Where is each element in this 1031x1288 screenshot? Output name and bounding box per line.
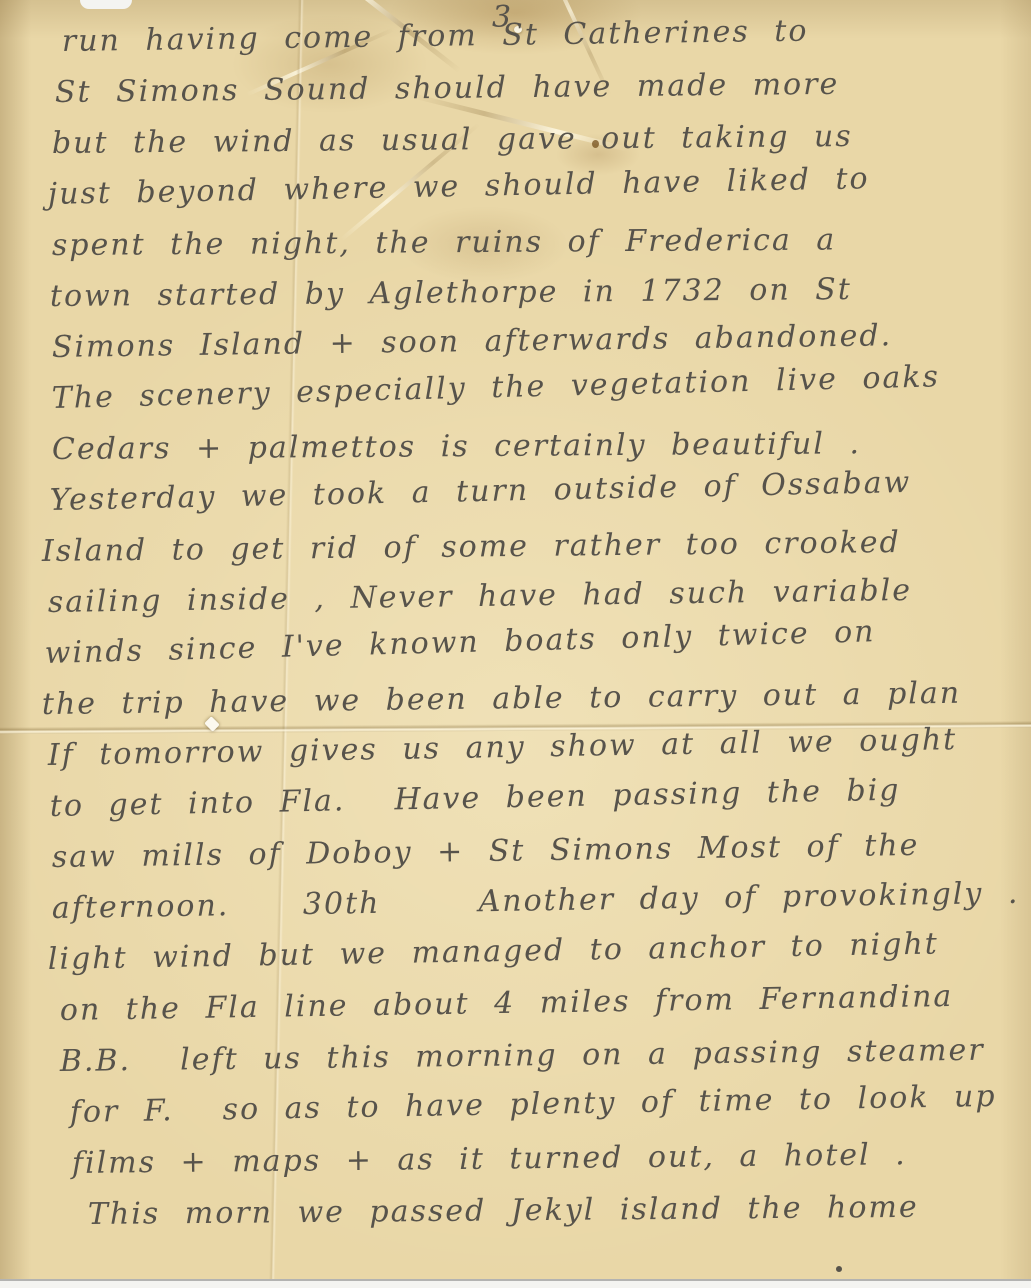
letter-line: films + maps + as it turned out, a hotel… bbox=[72, 1136, 1023, 1197]
letter-line: This morn we passed Jekyl island the hom… bbox=[88, 1189, 1023, 1248]
stray-ink-dot bbox=[836, 1266, 842, 1272]
letter-line: St Simons Sound should have made more bbox=[55, 65, 1023, 126]
letter-line: spent the night, the ruins of Frederica … bbox=[52, 221, 1023, 279]
scan-bottom-edge bbox=[0, 1279, 1031, 1288]
scanned-letter-page: { "document": { "kind": "handwritten-let… bbox=[0, 0, 1031, 1288]
paper-edge-nick bbox=[80, 0, 132, 9]
letter-body: run having come from St Catherines to St… bbox=[0, 24, 1023, 1248]
